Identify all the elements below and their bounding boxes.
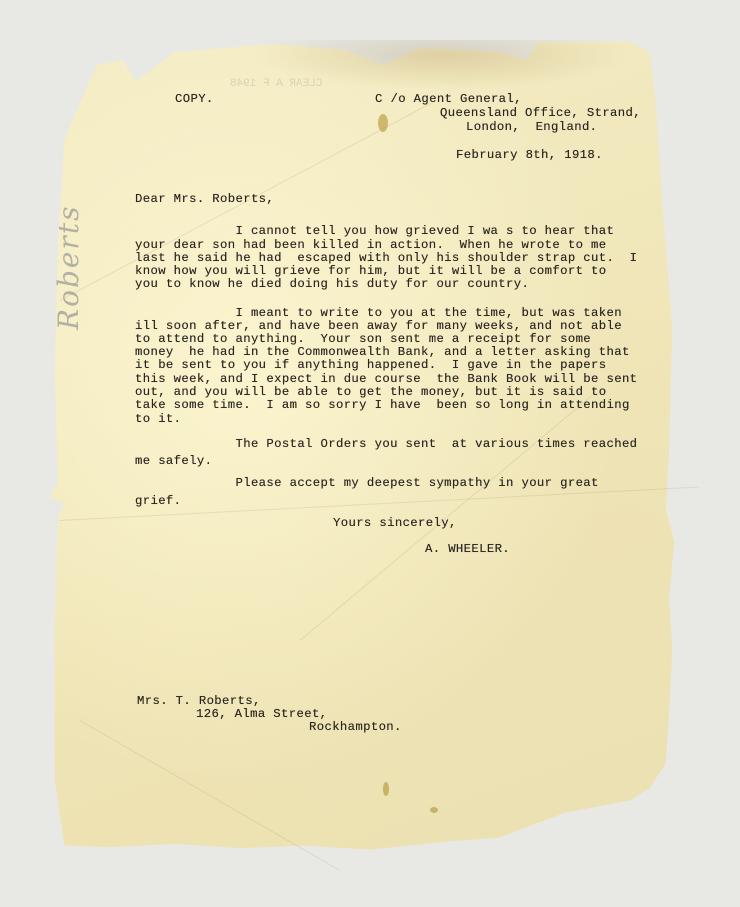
ink-stain [383,782,389,796]
sender-address-line-1: C /o Agent General, [375,93,522,106]
salutation: Dear Mrs. Roberts, [135,193,274,206]
sender-address-line-3: London, England. [466,121,597,134]
body-line: Please accept my deepest sympathy in you… [135,477,599,490]
letter-paper [45,40,695,862]
sender-address-line-2: Queensland Office, Strand, [440,107,641,120]
body-line: it be sent to you if anything happened. … [135,359,607,372]
recipient-address-line-2: 126, Alma Street, [196,708,327,721]
copy-marking: COPY. [175,93,214,106]
body-line: grief. [135,495,181,508]
signature: A. WHEELER. [425,543,510,556]
show-through-text: CLEAR A F 1948 [230,78,322,90]
ink-stain [378,114,388,132]
ink-stain [430,807,438,813]
letter-date: February 8th, 1918. [456,149,603,162]
body-line: The Postal Orders you sent at various ti… [135,438,637,451]
body-line: you to know he died doing his duty for o… [135,278,529,291]
body-line: to it. [135,413,181,426]
pencil-annotation: Roberts [52,140,92,330]
closing: Yours sincerely, [333,517,457,530]
body-line: me safely. [135,455,212,468]
body-line: take some time. I am so sorry I have bee… [135,399,630,412]
body-line: I cannot tell you how grieved I wa s to … [135,225,614,238]
recipient-address-line-3: Rockhampton. [309,721,402,734]
